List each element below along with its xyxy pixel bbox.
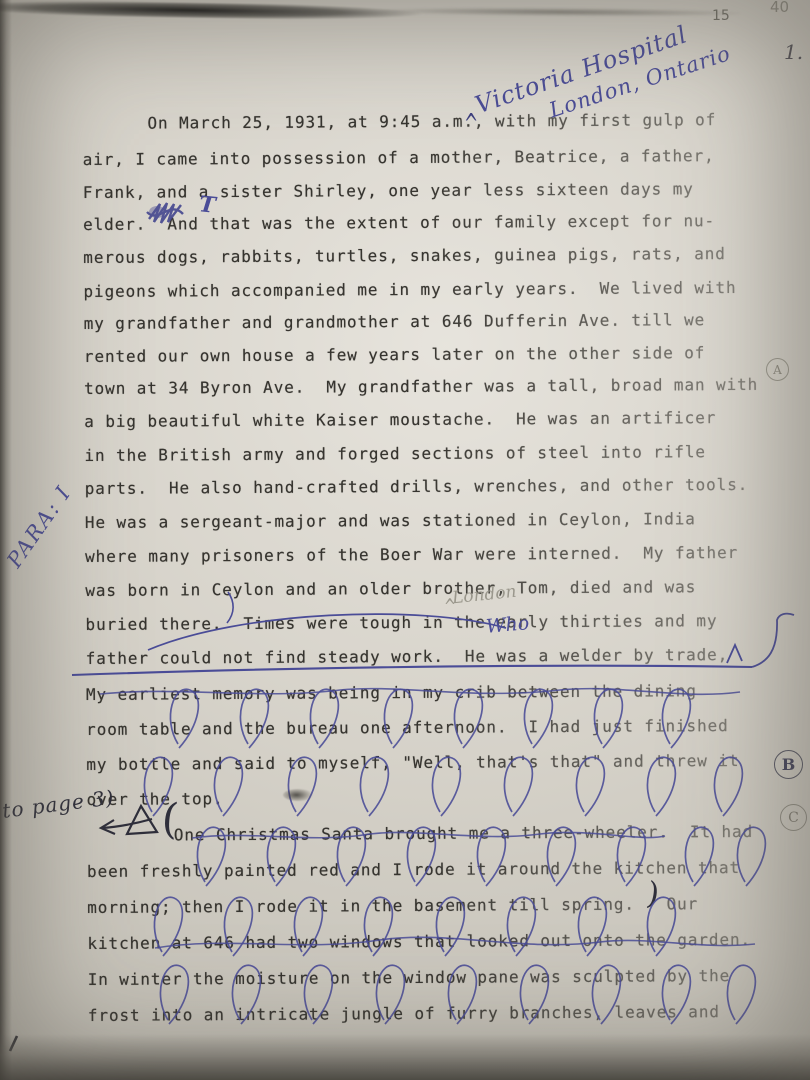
ink-smudge-after-top — [283, 789, 313, 801]
typescript-line: a big beautiful white Kaiser moustache. … — [84, 408, 716, 431]
typescript-line: kitchen at 646 had two windows that look… — [87, 930, 751, 953]
typescript-body: On March 25, 1931, at 9:45 a.m., with my… — [0, 0, 810, 1080]
typescript-line: rented our own house a few years later o… — [84, 343, 706, 366]
typescript-line: He was a sergeant-major and was statione… — [85, 509, 696, 532]
typescript-line: merous dogs, rabbits, turtles, snakes, g… — [83, 244, 726, 267]
stamped-page-number: 15 — [712, 8, 730, 24]
typescript-line: in the British army and forged sections … — [84, 442, 706, 465]
typescript-line: morning; then I rode it in the basement … — [87, 894, 698, 917]
annotation-capital-t: T — [198, 191, 217, 219]
insertion-caret-am: ^ — [464, 109, 478, 141]
pencil-page-number: 40 — [770, 0, 789, 16]
insertion-caret-london: ^ — [444, 596, 456, 620]
circled-letter-b: B — [774, 750, 803, 779]
typescript-line: was born in Ceylon and an older brother,… — [85, 577, 696, 600]
typescript-line: my grandfather and grandmother at 646 Du… — [84, 310, 706, 333]
typescript-line: My earliest memory was being in my crib … — [86, 681, 697, 704]
typescript-line: where many prisoners of the Boer War wer… — [85, 543, 738, 566]
typescript-line: pigeons which accompanied me in my early… — [83, 278, 736, 301]
typescript-line: In winter the moisture on the window pan… — [88, 966, 731, 989]
page-left-edge-shadow — [0, 0, 12, 1080]
annotation-who-insert: Who — [485, 612, 530, 638]
typescript-line: buried there. Times were tough in the ea… — [85, 611, 717, 634]
typescript-line: air, I came into possession of a mother,… — [83, 146, 715, 169]
typescript-line: my bottle and said to myself, "Well, tha… — [86, 751, 739, 774]
typescript-line: frost into an intricate jungle of furry … — [88, 1002, 720, 1025]
circled-letter-a: A — [766, 358, 789, 381]
page-bottom-edge-shadow — [0, 1034, 810, 1080]
margin-page-number: 1. — [784, 40, 803, 64]
typescript-line: elder. And that was the extent of our fa… — [83, 211, 715, 234]
typescript-line: On March 25, 1931, at 9:45 a.m., with my… — [147, 110, 716, 132]
manuscript-page-photo: On March 25, 1931, at 9:45 a.m., with my… — [0, 0, 810, 1080]
typescript-line: parts. He also hand-crafted drills, wren… — [85, 475, 749, 498]
typescript-line: father could not find steady work. He wa… — [86, 645, 729, 668]
circled-letter-c: C — [780, 804, 807, 831]
typescript-line: Frank, and a sister Shirley, one year le… — [83, 179, 694, 202]
typescript-line: One Christmas Santa brought me a three-w… — [174, 822, 753, 845]
typescript-line: been freshly painted red and I rode it a… — [87, 858, 740, 881]
typescript-line: town at 34 Byron Ave. My grandfather was… — [84, 375, 758, 398]
typescript-line: room table and the bureau one afternoon.… — [86, 716, 729, 739]
